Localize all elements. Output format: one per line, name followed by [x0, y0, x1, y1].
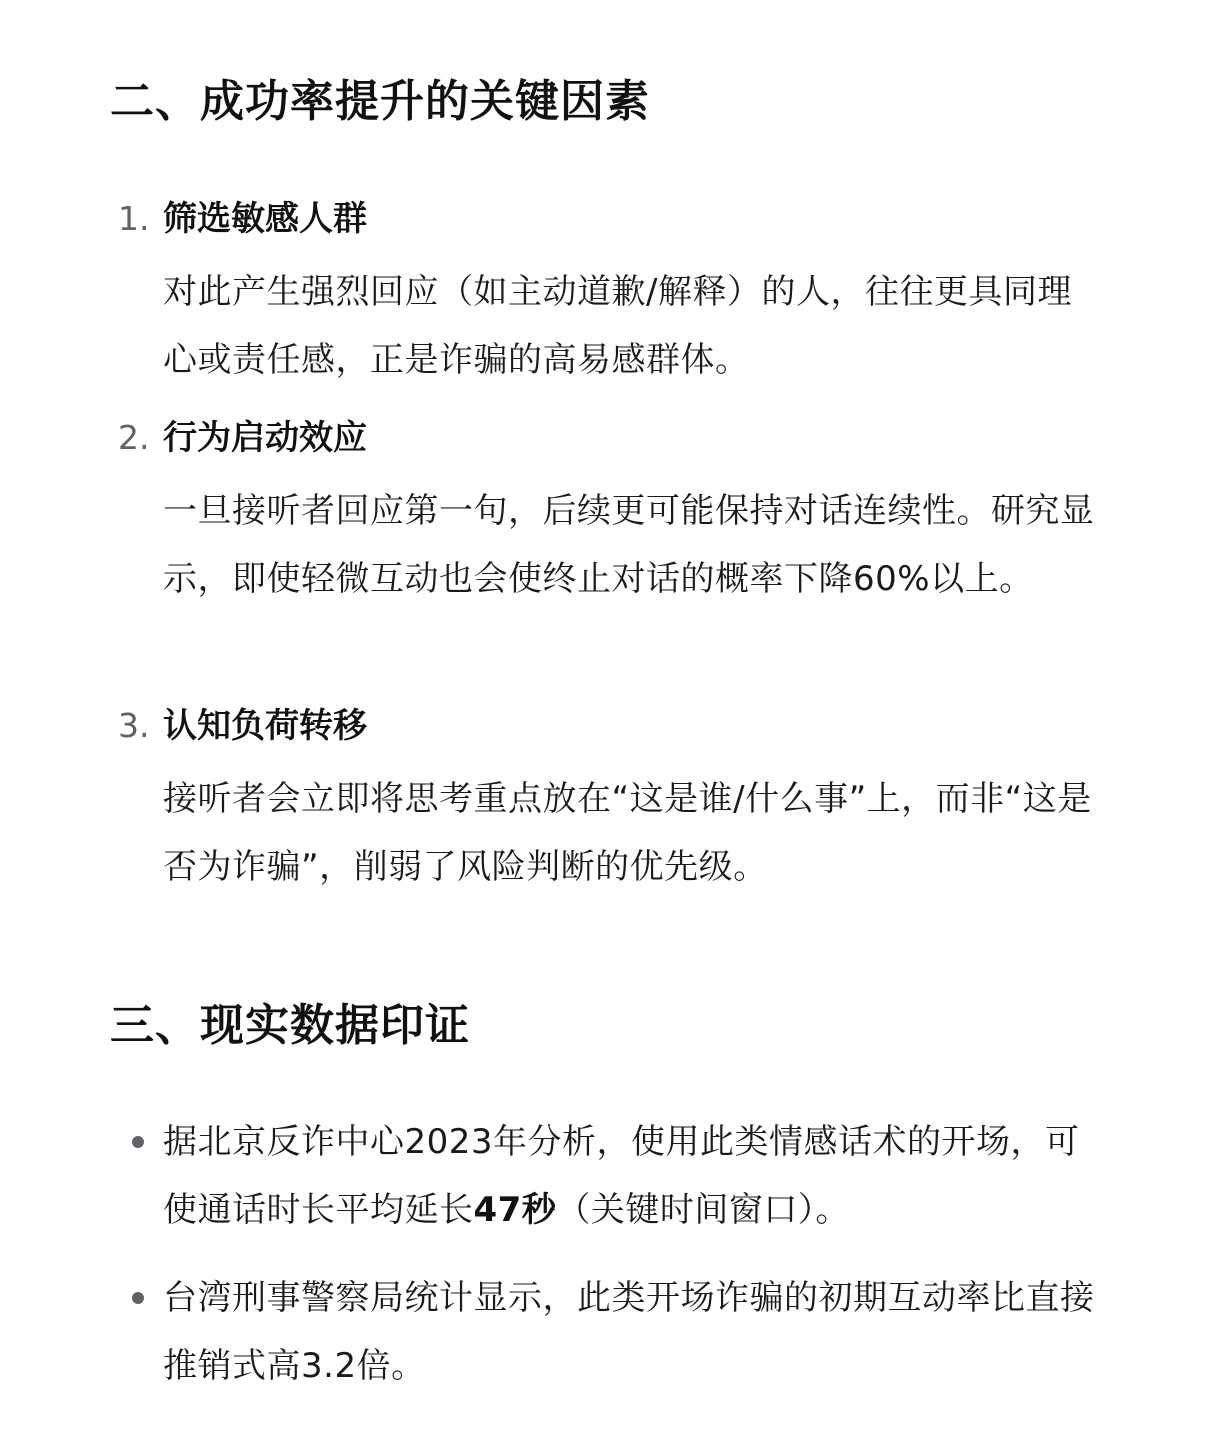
- list-number: 2.: [118, 411, 150, 465]
- list-item-body: 对此产生强烈回应（如主动道歉/解释）的人，往往更具同理心或责任感，正是诈骗的高易…: [163, 258, 1103, 394]
- bullet-dot-icon: [132, 1136, 144, 1148]
- section-heading-key-factors: 二、成功率提升的关键因素: [110, 74, 650, 130]
- section-heading-real-data: 三、现实数据印证: [110, 998, 470, 1054]
- list-number: 3.: [118, 699, 150, 753]
- bullet-dot-icon: [132, 1292, 144, 1304]
- bullet-text-part: （关键时间窗口）。: [556, 1190, 850, 1230]
- list-item-title: 认知负荷转移: [163, 699, 367, 753]
- list-number: 1.: [118, 192, 150, 246]
- bullet-text: 据北京反诈中心2023年分析，使用此类情感话术的开场，可使通话时长平均延长47秒…: [163, 1108, 1103, 1244]
- list-item-body: 接听者会立即将思考重点放在“这是谁/什么事”上，而非“这是否为诈骗”，削弱了风险…: [163, 765, 1103, 901]
- list-item-body: 一旦接听者回应第一句，后续更可能保持对话连续性。研究显示，即使轻微互动也会使终止…: [163, 477, 1103, 613]
- list-item-title: 行为启动效应: [163, 411, 367, 465]
- list-item-title: 筛选敏感人群: [163, 192, 367, 246]
- bold-highlight: 47秒: [474, 1190, 557, 1230]
- bullet-text: 台湾刑事警察局统计显示，此类开场诈骗的初期互动率比直接推销式高3.2倍。: [163, 1264, 1103, 1400]
- bullet-text-part: 台湾刑事警察局统计显示，此类开场诈骗的初期互动率比直接推销式高3.2倍。: [163, 1278, 1095, 1386]
